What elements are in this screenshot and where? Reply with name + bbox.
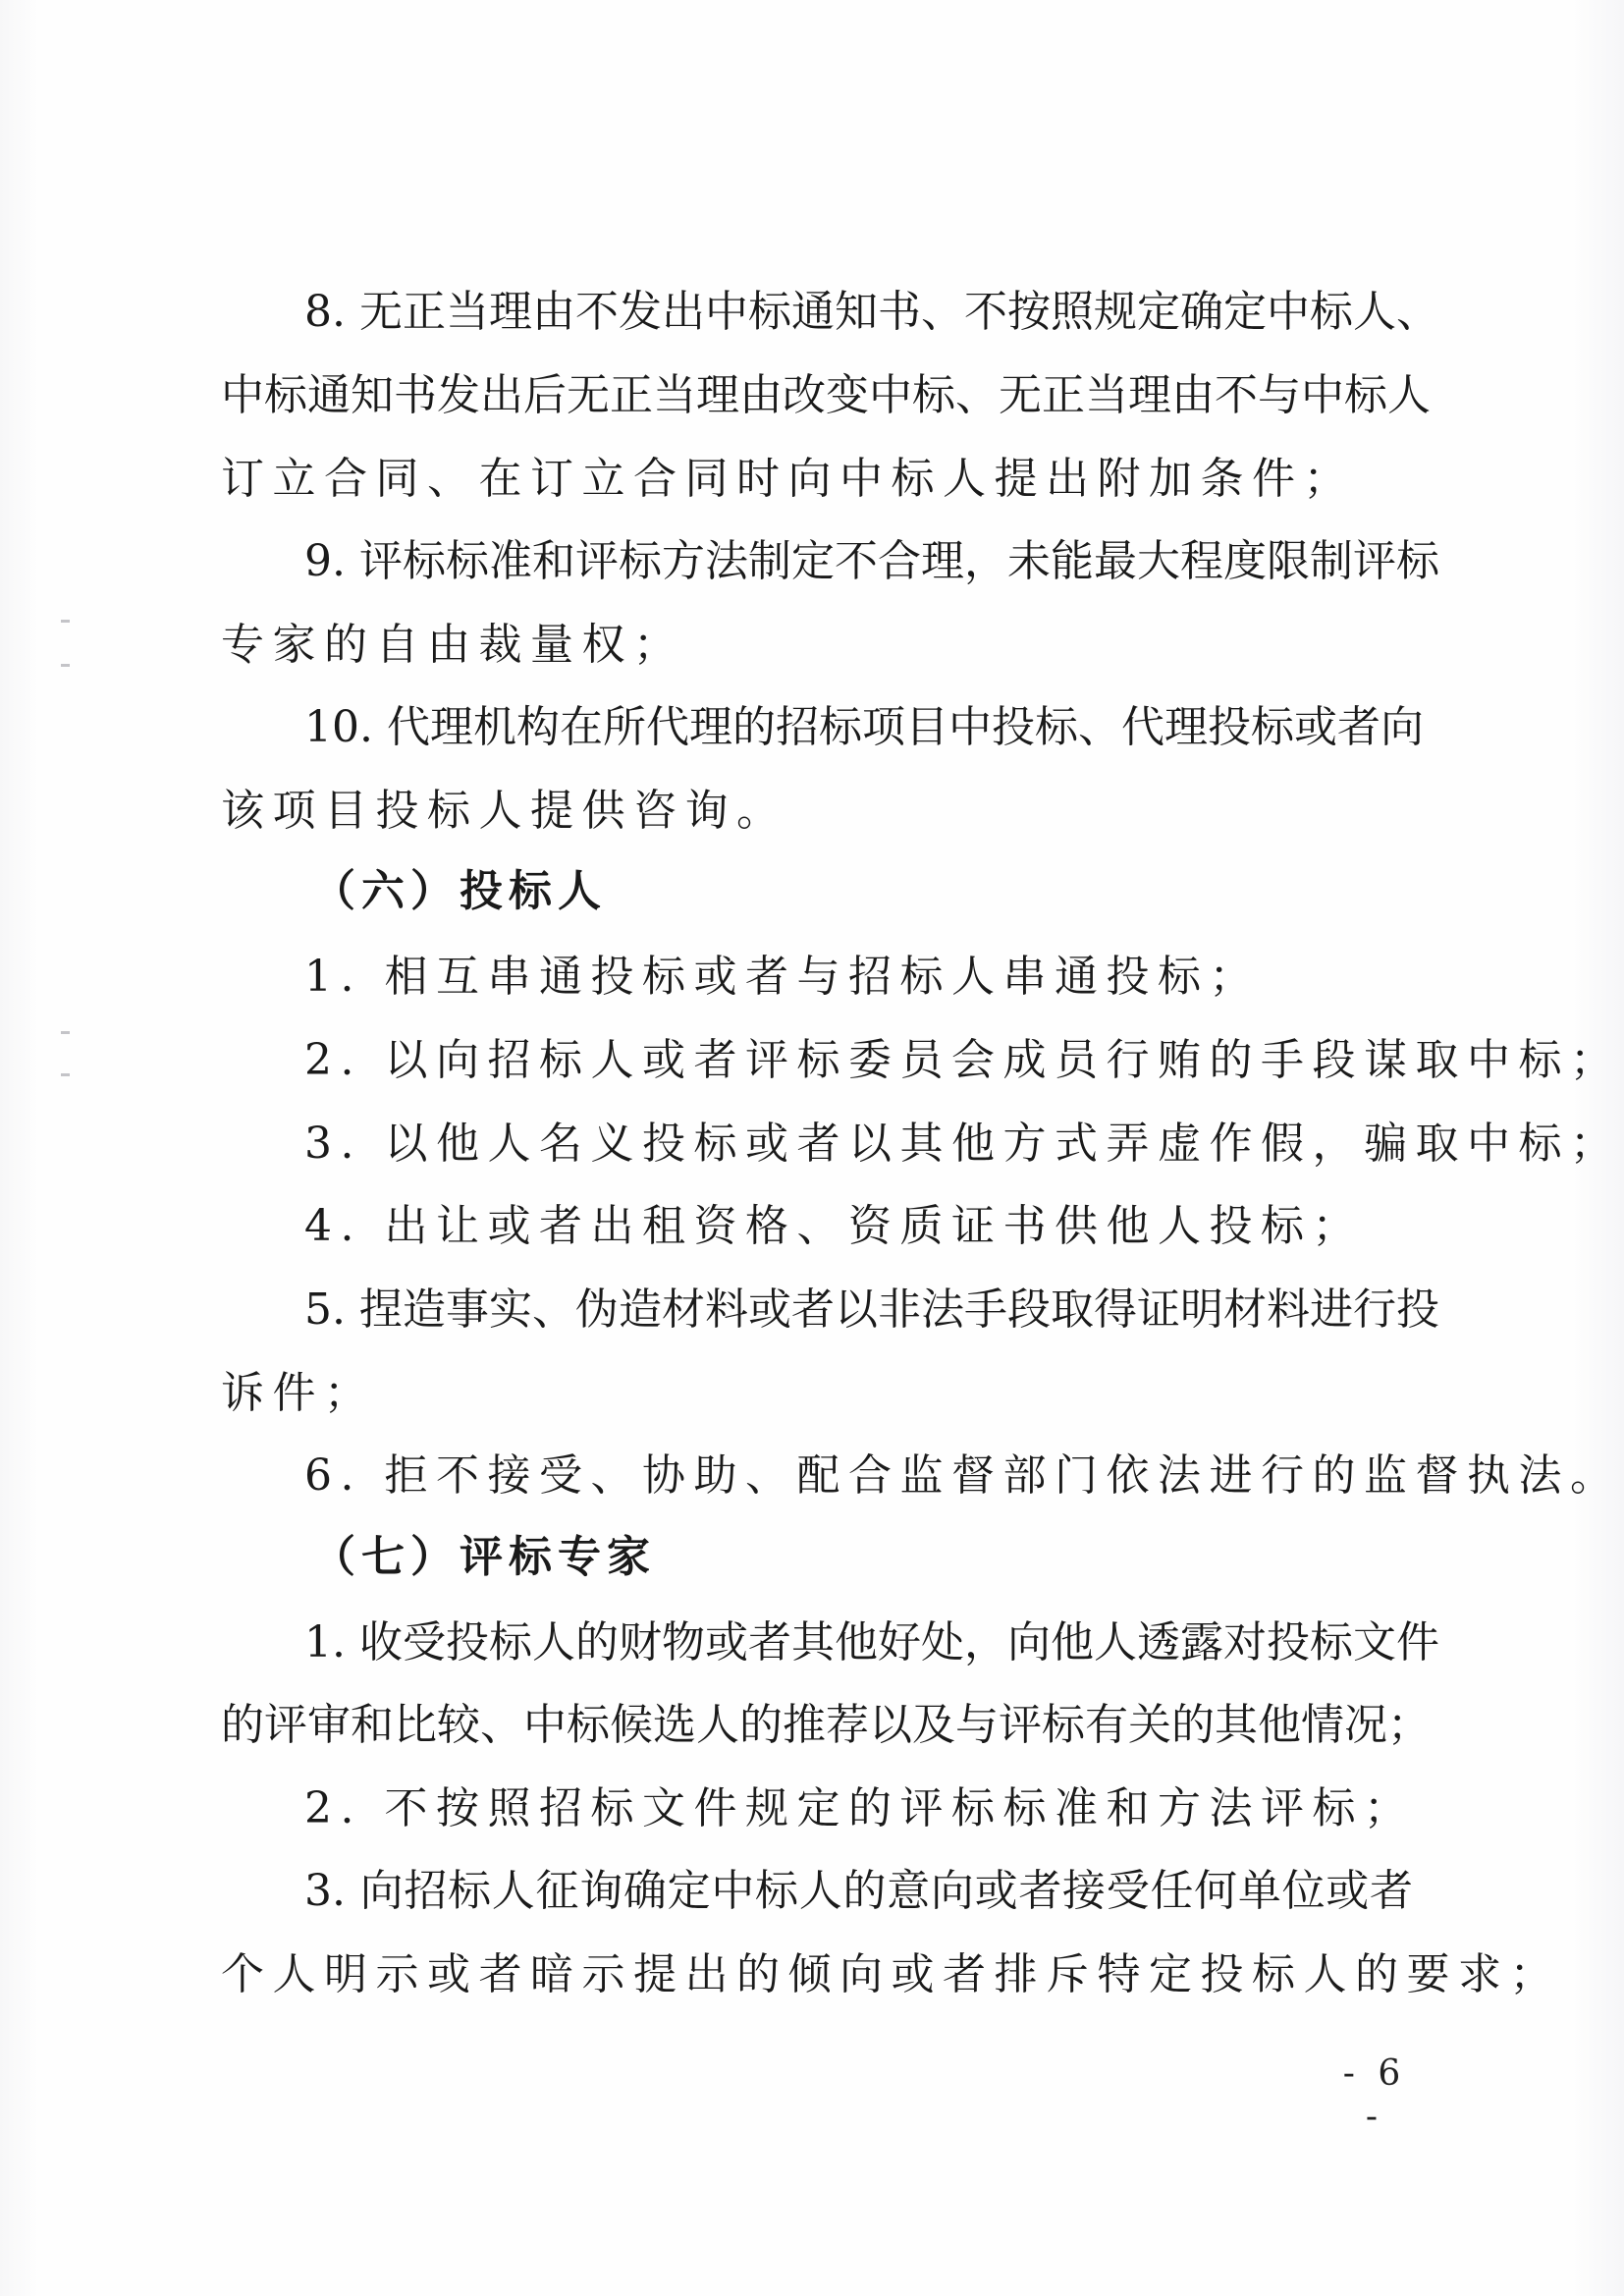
list-item-line: 1. 收受投标人的财物或者其他好处，向他人透露对投标文件	[304, 1615, 1413, 1670]
list-item-line: 6. 拒不接受、协助、配合监督部门依法进行的监督执法。	[304, 1449, 1413, 1503]
list-item-line: 订立合同、在订立合同时向中标人提出附加条件；	[221, 452, 1413, 507]
binding-hole-mark	[61, 1073, 70, 1076]
list-item-line: 3. 向招标人征询确定中标人的意向或者接受任何单位或者	[304, 1864, 1413, 1919]
list-item-line: 该项目投标人提供咨询。	[221, 784, 1413, 839]
list-item-line: 9. 评标标准和评标方法制定不合理，未能最大程度限制评标	[304, 534, 1413, 589]
list-item-line: 中标通知书发出后无正当理由改变中标、无正当理由不与中标人	[221, 368, 1413, 423]
binding-hole-mark	[61, 620, 70, 623]
binding-hole-mark	[61, 664, 70, 667]
list-item-line: 2. 以向招标人或者评标委员会成员行贿的手段谋取中标；	[304, 1033, 1413, 1088]
list-item-line: 3. 以他人名义投标或者以其他方式弄虚作假，骗取中标；	[304, 1117, 1413, 1172]
list-item-line: 4. 出让或者出租资格、资质证书供他人投标；	[304, 1199, 1413, 1254]
binding-hole-mark	[61, 1031, 70, 1034]
section-heading: （六）投标人	[312, 864, 1504, 919]
list-item-line: 8. 无正当理由不发出中标通知书、不按照规定确定中标人、	[304, 285, 1413, 340]
list-item-line: 的评审和比较、中标候选人的推荐以及与评标有关的其他情况；	[221, 1698, 1413, 1753]
list-item-line: 2. 不按照招标文件规定的评标标准和方法评标；	[304, 1781, 1413, 1836]
list-item-line: 5. 捏造事实、伪造材料或者以非法手段取得证明材料进行投	[304, 1283, 1413, 1338]
list-item-line: 10. 代理机构在所代理的招标项目中投标、代理投标或者向	[304, 700, 1413, 755]
list-item-line: 专家的自由裁量权；	[221, 618, 1413, 673]
list-item-line: 1. 相互串通投标或者与招标人串通投标；	[304, 950, 1413, 1005]
document-page: 8. 无正当理由不发出中标通知书、不按照规定确定中标人、 中标通知书发出后无正当…	[0, 0, 1624, 2296]
list-item-line: 个人明示或者暗示提出的倾向或者排斥特定投标人的要求；	[221, 1947, 1413, 2002]
section-heading: （七）评标专家	[312, 1530, 1504, 1585]
list-item-line: 诉件；	[221, 1366, 1413, 1421]
page-number: - 6 -	[1326, 2052, 1424, 2096]
